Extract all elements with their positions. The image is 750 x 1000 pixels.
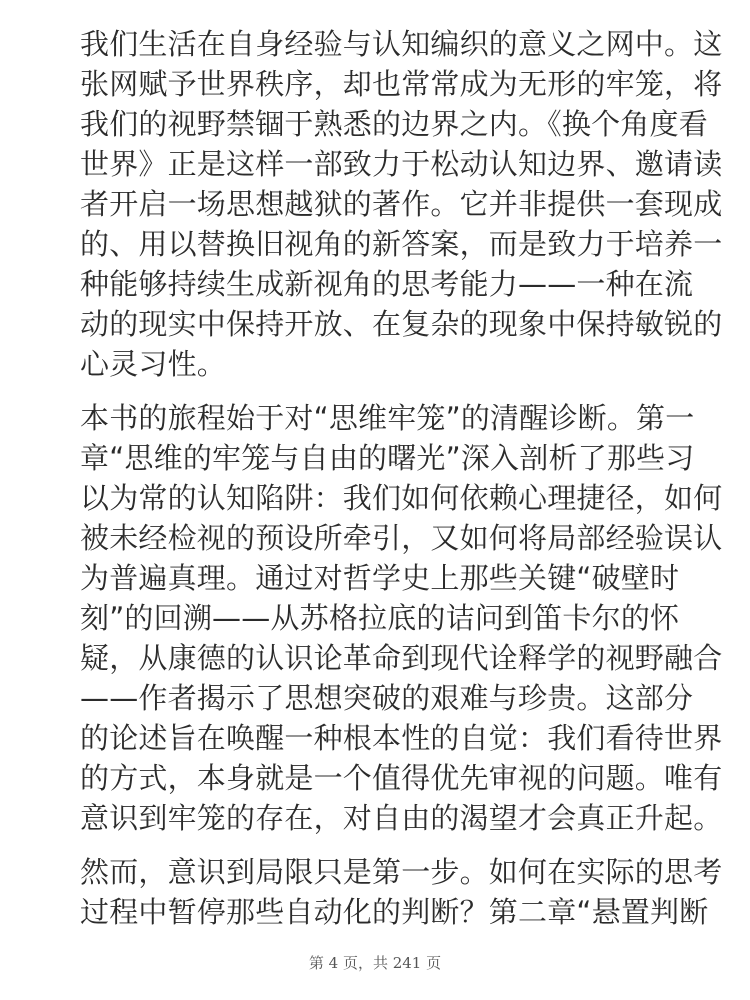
text-line: 过程中暂停那些自动化的判断？第二章“悬置判断 (80, 892, 680, 932)
text-line: 本书的旅程始于对“思维牢笼”的清醒诊断。第一 (80, 398, 680, 438)
paragraph-1: 我们生活在自身经验与认知编织的意义之网中。这 张网赋予世界秩序，却也常常成为无形… (80, 24, 680, 384)
text-line: 以为常的认知陷阱：我们如何依赖心理捷径，如何 (80, 478, 680, 518)
text-line: 章“思维的牢笼与自由的曙光”深入剖析了那些习 (80, 438, 680, 478)
text-line: 我们生活在自身经验与认知编织的意义之网中。这 (80, 24, 680, 64)
text-line: 种能够持续生成新视角的思考能力——一种在流 (80, 264, 680, 304)
text-line: 心灵习性。 (80, 344, 680, 384)
text-line: 的、用以替换旧视角的新答案，而是致力于培养一 (80, 224, 680, 264)
text-line: 然而，意识到局限只是第一步。如何在实际的思考 (80, 852, 680, 892)
text-line: 刻”的回溯——从苏格拉底的诘问到笛卡尔的怀 (80, 598, 680, 638)
text-line: 疑，从康德的认识论革命到现代诠释学的视野融合 (80, 638, 680, 678)
text-line: 意识到牢笼的存在，对自由的渴望才会真正升起。 (80, 798, 680, 838)
text-line: 张网赋予世界秩序，却也常常成为无形的牢笼，将 (80, 64, 680, 104)
text-line: 我们的视野禁锢于熟悉的边界之内。《换个角度看 (80, 104, 680, 144)
text-line: 为普遍真理。通过对哲学史上那些关键“破壁时 (80, 558, 680, 598)
page-indicator: 第 4 页，共 241 页 (0, 952, 750, 973)
text-line: 世界》正是这样一部致力于松动认知边界、邀请读 (80, 144, 680, 184)
text-line: 的方式，本身就是一个值得优先审视的问题。唯有 (80, 758, 680, 798)
text-line: 动的现实中保持开放、在复杂的现象中保持敏锐的 (80, 304, 680, 344)
text-line: 的论述旨在唤醒一种根本性的自觉：我们看待世界 (80, 718, 680, 758)
text-line: 被未经检视的预设所牵引，又如何将局部经验误认 (80, 518, 680, 558)
text-line: 者开启一场思想越狱的著作。它并非提供一套现成 (80, 184, 680, 224)
document-page: 我们生活在自身经验与认知编织的意义之网中。这 张网赋予世界秩序，却也常常成为无形… (80, 24, 680, 946)
text-line: ——作者揭示了思想突破的艰难与珍贵。这部分 (80, 678, 680, 718)
paragraph-3: 然而，意识到局限只是第一步。如何在实际的思考 过程中暂停那些自动化的判断？第二章… (80, 852, 680, 932)
paragraph-2: 本书的旅程始于对“思维牢笼”的清醒诊断。第一 章“思维的牢笼与自由的曙光”深入剖… (80, 398, 680, 838)
